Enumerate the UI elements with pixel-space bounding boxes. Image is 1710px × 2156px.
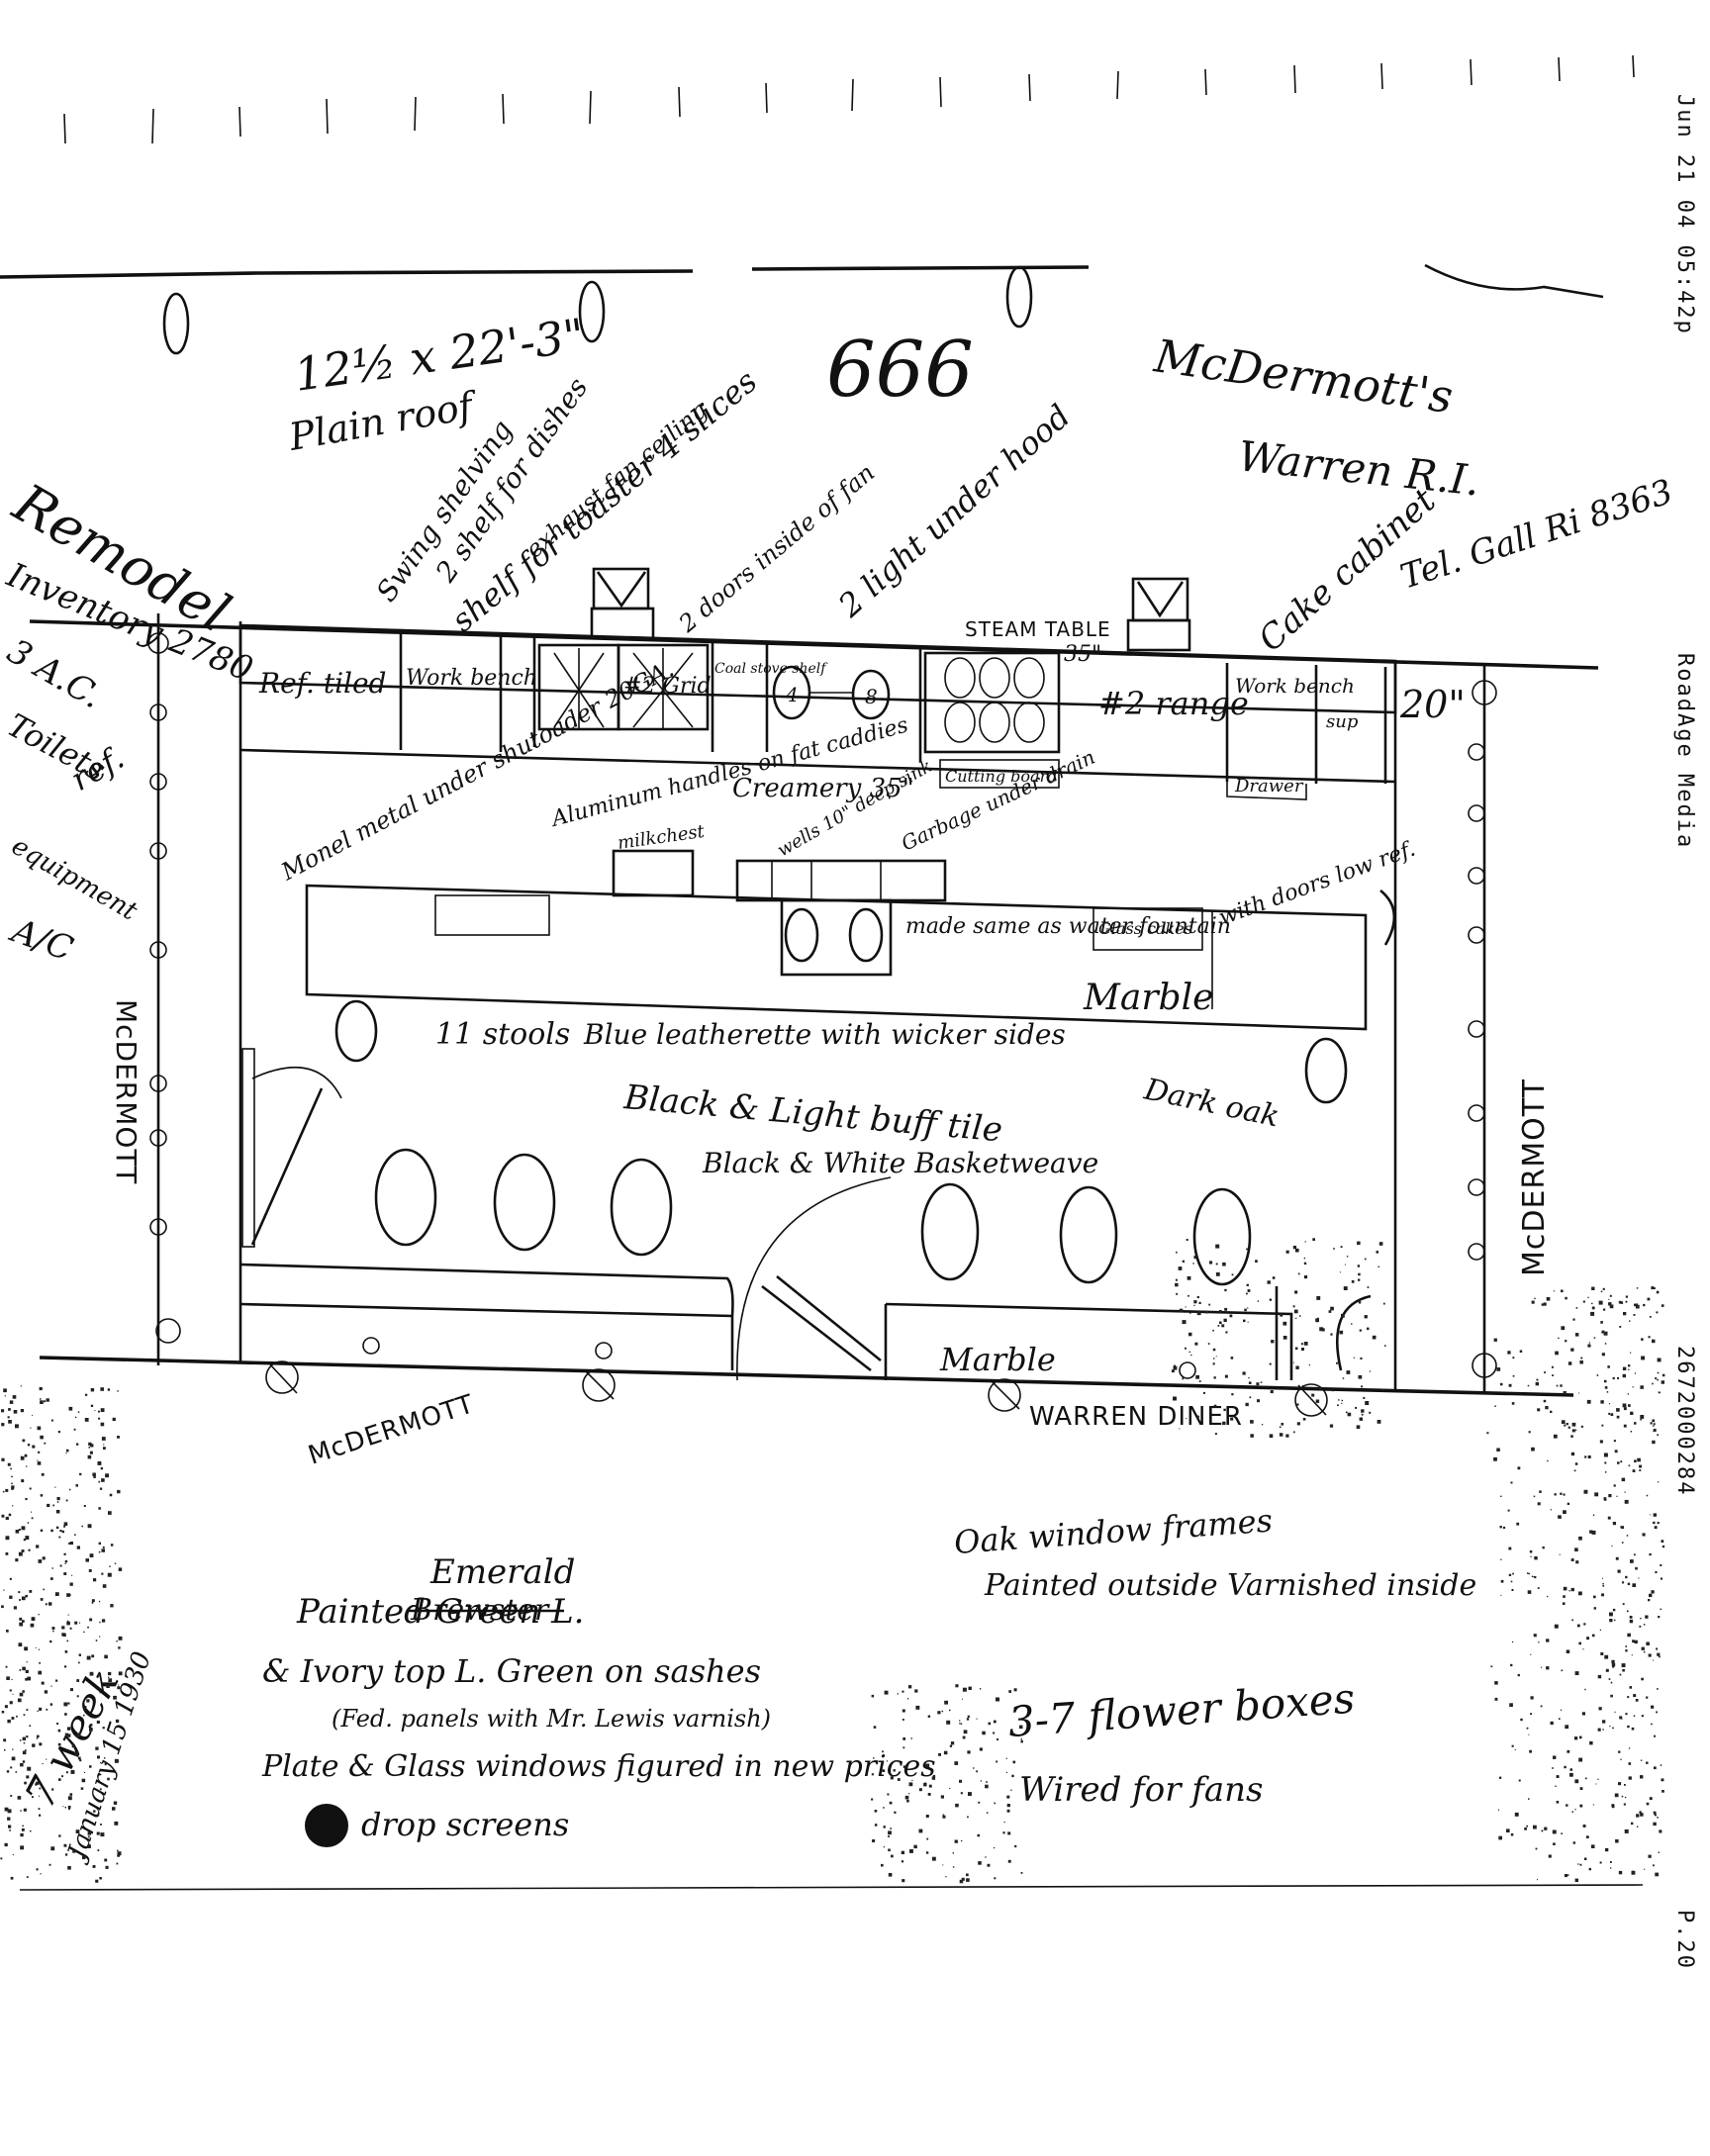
svg-text:A/C: A/C xyxy=(4,910,78,970)
street-label-right: McDERMOTT xyxy=(1517,1078,1552,1276)
sup-label: sup xyxy=(1326,711,1359,732)
dim-20-label: 20" xyxy=(1399,683,1466,726)
binding-marks xyxy=(64,55,1634,143)
paint-note: Painted Green L. xyxy=(296,1592,585,1632)
exhaust-hood-icon xyxy=(1128,579,1189,650)
burner-8-label: 8 xyxy=(865,685,878,708)
street-label-left: McDERMOTT xyxy=(110,999,142,1184)
low-ref-note: with doors low ref. xyxy=(1216,837,1419,931)
diner-floor-plan: 12½ x 22'-3" Plain roof 666 McDermott's … xyxy=(0,0,1710,2156)
fans-note: Wired for fans xyxy=(1019,1770,1263,1810)
stool-material-note: Blue leatherette with wicker sides xyxy=(583,1018,1066,1051)
scan-noise xyxy=(0,1238,1664,1883)
stool-icon xyxy=(336,1001,376,1061)
stool-icon xyxy=(1306,1039,1346,1102)
booth-stool-icon xyxy=(376,1150,435,1245)
door-left-icon xyxy=(242,1049,341,1247)
left-margin-notes: Remodel Inventory 2780 3 A.C. Toilets re… xyxy=(1,471,258,969)
oak-frames-note: Oak window frames xyxy=(953,1502,1274,1561)
paint-emerald-note: Emerald xyxy=(429,1552,575,1592)
booth-stool-icon xyxy=(495,1155,554,1250)
steam-table-label: STEAM TABLE xyxy=(965,617,1111,641)
screens-note: drop screens xyxy=(361,1806,569,1843)
paper-edge xyxy=(0,267,1089,277)
svg-text:2 light under hood: 2 light under hood xyxy=(830,397,1078,624)
work-bench-2-label: Work bench xyxy=(1235,674,1355,698)
diner-name-label: WARREN DINER xyxy=(1029,1402,1243,1432)
booth-marble-note: Marble xyxy=(939,1341,1056,1378)
stools-note: 11 stools xyxy=(435,1017,570,1052)
dimensions-note: 12½ x 22'-3" xyxy=(291,308,588,402)
booth-stool-icon xyxy=(1194,1189,1250,1284)
ceiling-light-icon xyxy=(1007,267,1031,327)
door-center-icon xyxy=(737,1177,891,1380)
page-bottom-edge xyxy=(20,1885,1643,1890)
booth-stool-icon xyxy=(1061,1187,1116,1282)
steam-table-dim: 35" xyxy=(1064,642,1101,667)
number-note: 666 xyxy=(826,326,974,415)
drawer-label: Drawer xyxy=(1234,776,1304,797)
work-bench-label: Work bench xyxy=(406,666,537,691)
flower-boxes-note: 3-7 flower boxes xyxy=(1006,1674,1356,1746)
dark-oak-note: Dark oak xyxy=(1140,1072,1282,1134)
filled-dot-icon xyxy=(305,1804,348,1847)
oak-finish-note: Painted outside Varnished inside xyxy=(984,1568,1476,1603)
ceiling-light-icon xyxy=(164,294,188,353)
milkchest-note: milkchest xyxy=(617,821,707,854)
owner-note: McDermott's xyxy=(1150,328,1456,423)
counter-marble-note: Marble xyxy=(1083,978,1213,1018)
pie-case xyxy=(435,895,549,935)
booth-stool-icon xyxy=(612,1160,671,1255)
exhaust-hood-icon xyxy=(592,569,653,638)
glass-cakes-note: Glass cakes xyxy=(1098,919,1192,938)
location-note: Warren R.I. xyxy=(1236,431,1482,505)
booth-left xyxy=(240,1150,732,1370)
ref-tiled-label: Ref. tiled xyxy=(258,667,386,700)
range-label: #2 range xyxy=(1098,685,1249,722)
floor-tile-note: Black & Light buff tile xyxy=(621,1078,1003,1150)
front-counter xyxy=(307,851,1394,1029)
street-label-bottom-left: McDERMOTT xyxy=(305,1389,478,1470)
paper-curl xyxy=(1425,265,1603,297)
svg-text:3 A.C.: 3 A.C. xyxy=(1,631,110,716)
tile-pattern-note: Black & White Basketweave xyxy=(702,1147,1098,1179)
burner-4-label: 4 xyxy=(785,683,799,706)
panels-note: (Fed. panels with Mr. Lewis varnish) xyxy=(332,1705,771,1733)
windows-note: Plate & Glass windows figured in new pri… xyxy=(261,1749,936,1784)
ivory-top-note: & Ivory top L. Green on sashes xyxy=(262,1652,761,1690)
booth-stool-icon xyxy=(922,1184,978,1279)
building-outline xyxy=(30,613,1598,1395)
coal-stove-label: Coal stove shelf xyxy=(714,661,828,677)
